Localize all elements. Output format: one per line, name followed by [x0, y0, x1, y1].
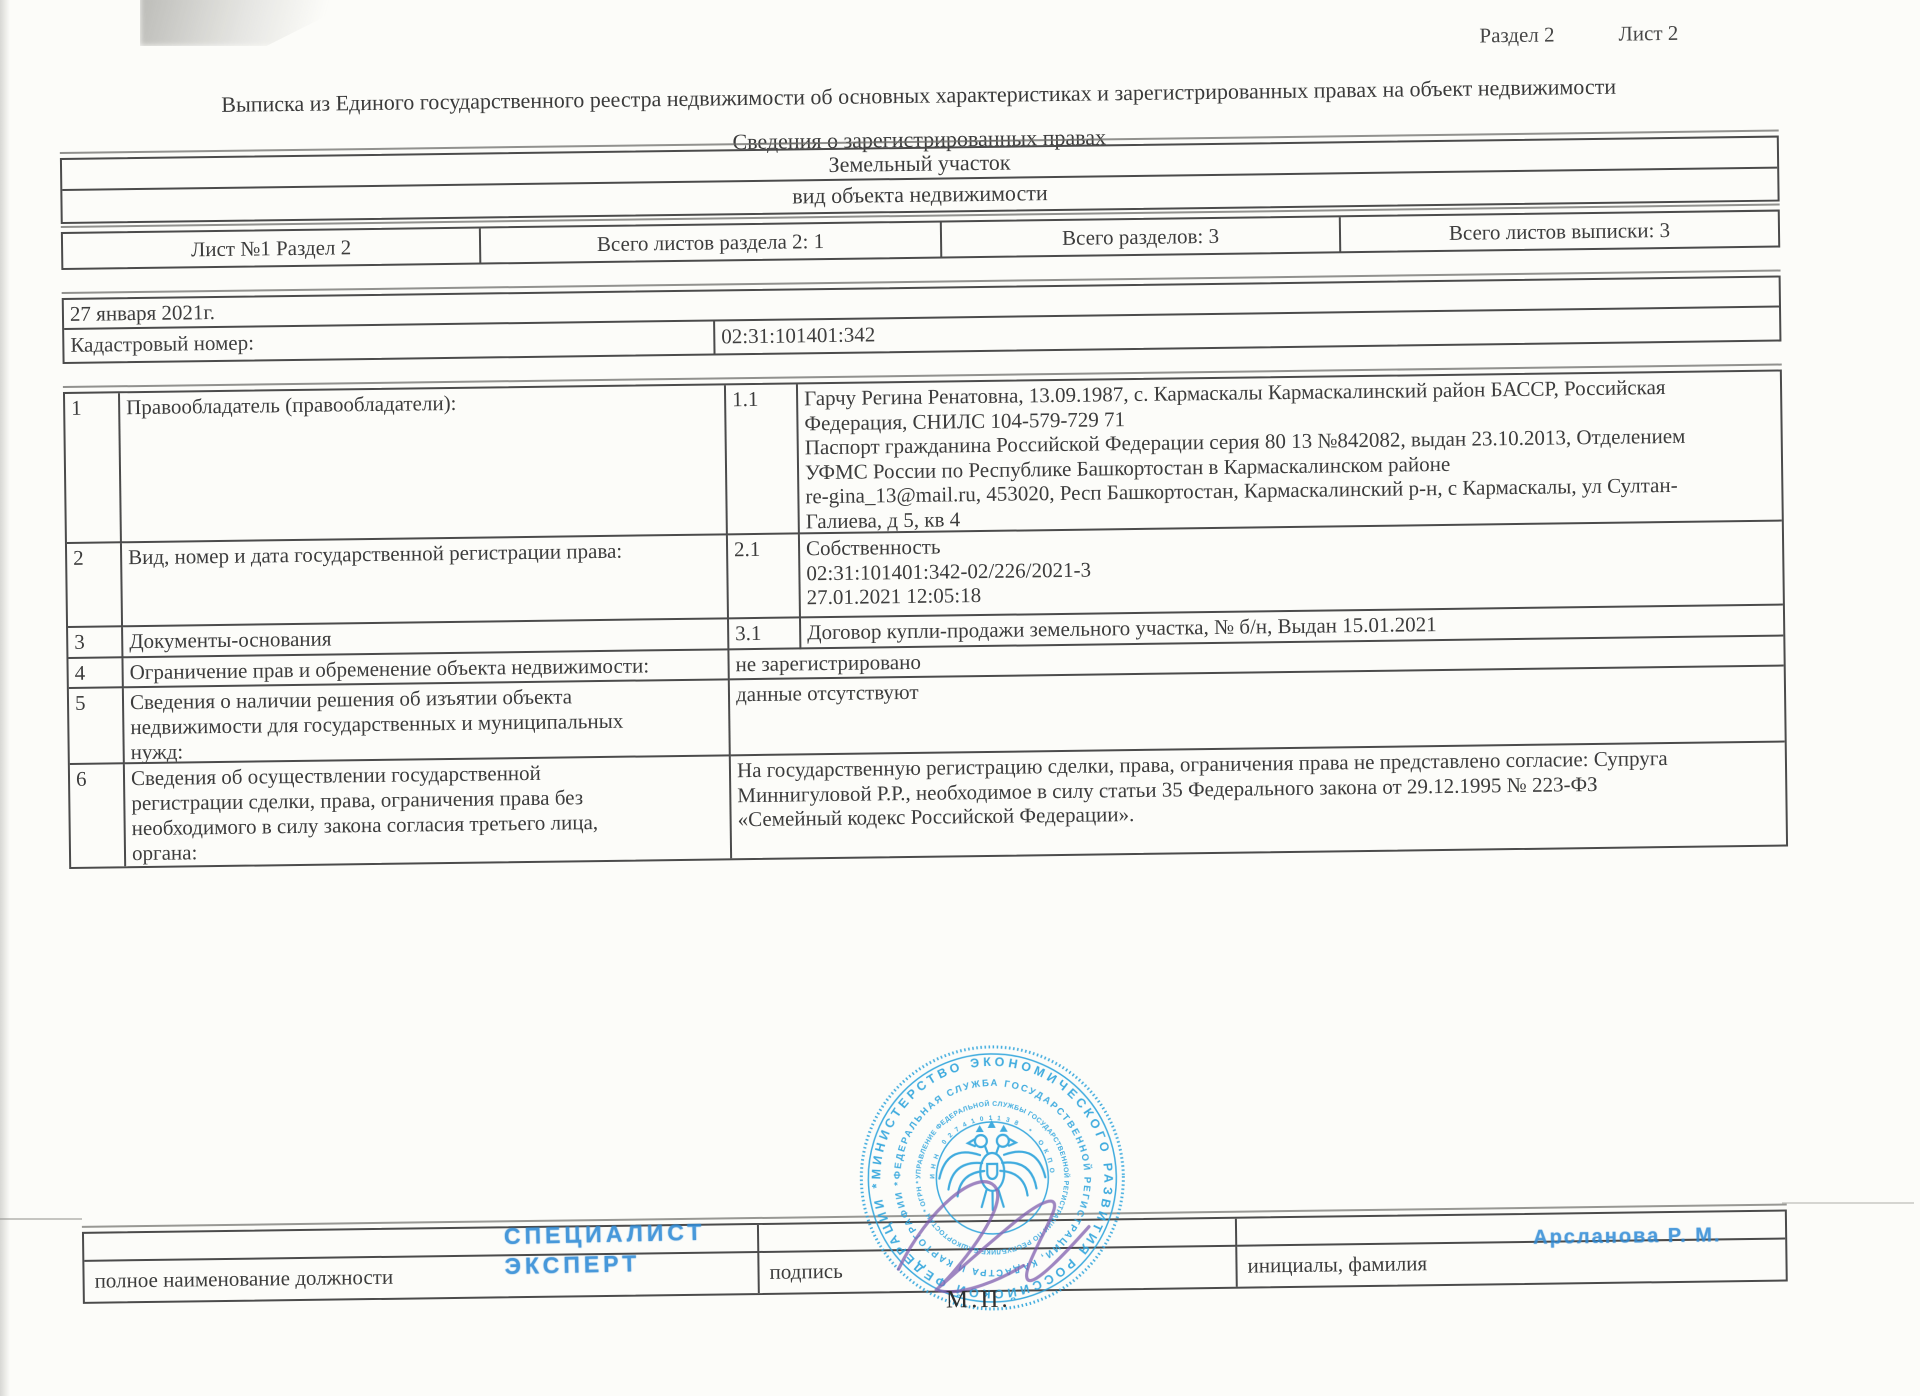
date-box: 27 января 2021г. Кадастровый номер: 02:3…: [62, 276, 1782, 364]
position-ink-stamp: СПЕЦИАЛИСТ ЭКСПЕРТ: [504, 1217, 707, 1281]
row-label: Сведения о наличии решения об изъятии об…: [124, 680, 731, 764]
table-row: 6 Сведения об осуществлении государствен…: [70, 743, 1786, 867]
object-type-box: Земельный участок вид объекта недвижимос…: [60, 136, 1780, 224]
row-number: 6: [70, 764, 126, 867]
position-stamp-line: СПЕЦИАЛИСТ: [504, 1217, 706, 1251]
official-seal: МИНИСТЕРСТВО ЭКОНОМИЧЕСКОГО РАЗВИТИЯ РОС…: [840, 1026, 1144, 1330]
row-subnumber: 2.1: [728, 534, 801, 619]
table-row: 1 Правообладатель (правообладатели): 1.1…: [65, 372, 1782, 544]
position-stamp-line: ЭКСПЕРТ: [504, 1247, 706, 1281]
row-value: Гарчу Регина Ренатовна, 13.09.1987, с. К…: [798, 372, 1782, 535]
row-number: 2: [67, 543, 123, 628]
document: Раздел 2 Лист 2 Выписка из Единого госуд…: [0, 0, 1920, 1396]
corner-refs: Раздел 2 Лист 2: [1479, 21, 1678, 49]
row-label: Правообладатель (правообладатели):: [120, 385, 728, 543]
row-label: Сведения об осуществлении государственно…: [125, 756, 732, 866]
sheet-cell: Всего листов выписки: 3: [1341, 212, 1778, 253]
row-value: Собственность 02:31:101401:342-02/226/20…: [800, 522, 1783, 619]
scanned-page: Раздел 2 Лист 2 Выписка из Единого госуд…: [0, 0, 1920, 1396]
row-number: 1: [65, 393, 122, 544]
row-number: 4: [68, 658, 123, 689]
row-value: На государственную регистрацию сделки, п…: [731, 743, 1786, 859]
seal-graphic: МИНИСТЕРСТВО ЭКОНОМИЧЕСКОГО РАЗВИТИЯ РОС…: [840, 1026, 1144, 1330]
row-number: 5: [69, 688, 125, 765]
document-title: Выписка из Единого государственного реес…: [59, 72, 1778, 120]
rights-table: 1 Правообладатель (правообладатели): 1.1…: [63, 370, 1788, 869]
row-subnumber: 3.1: [729, 618, 801, 650]
seal-mark: М.П.: [946, 1286, 1011, 1315]
row-value: данные отсутствуют: [730, 667, 1785, 757]
sheet-ref: Лист 2: [1618, 21, 1678, 47]
sheet-cell: Всего разделов: 3: [942, 217, 1341, 257]
section-ref: Раздел 2: [1479, 22, 1554, 48]
name-ink-stamp: Арсланова Р. М.: [1533, 1224, 1722, 1249]
sheet-cell: Всего листов раздела 2: 1: [481, 223, 942, 264]
sheet-cell: Лист №1 Раздел 2: [63, 229, 481, 269]
row-subnumber: 1.1: [726, 384, 800, 535]
seal-rings: МИНИСТЕРСТВО ЭКОНОМИЧЕСКОГО РАЗВИТИЯ РОС…: [860, 1045, 1125, 1310]
row-label: Вид, номер и дата государственной регист…: [122, 535, 729, 627]
row-number: 3: [68, 627, 123, 659]
